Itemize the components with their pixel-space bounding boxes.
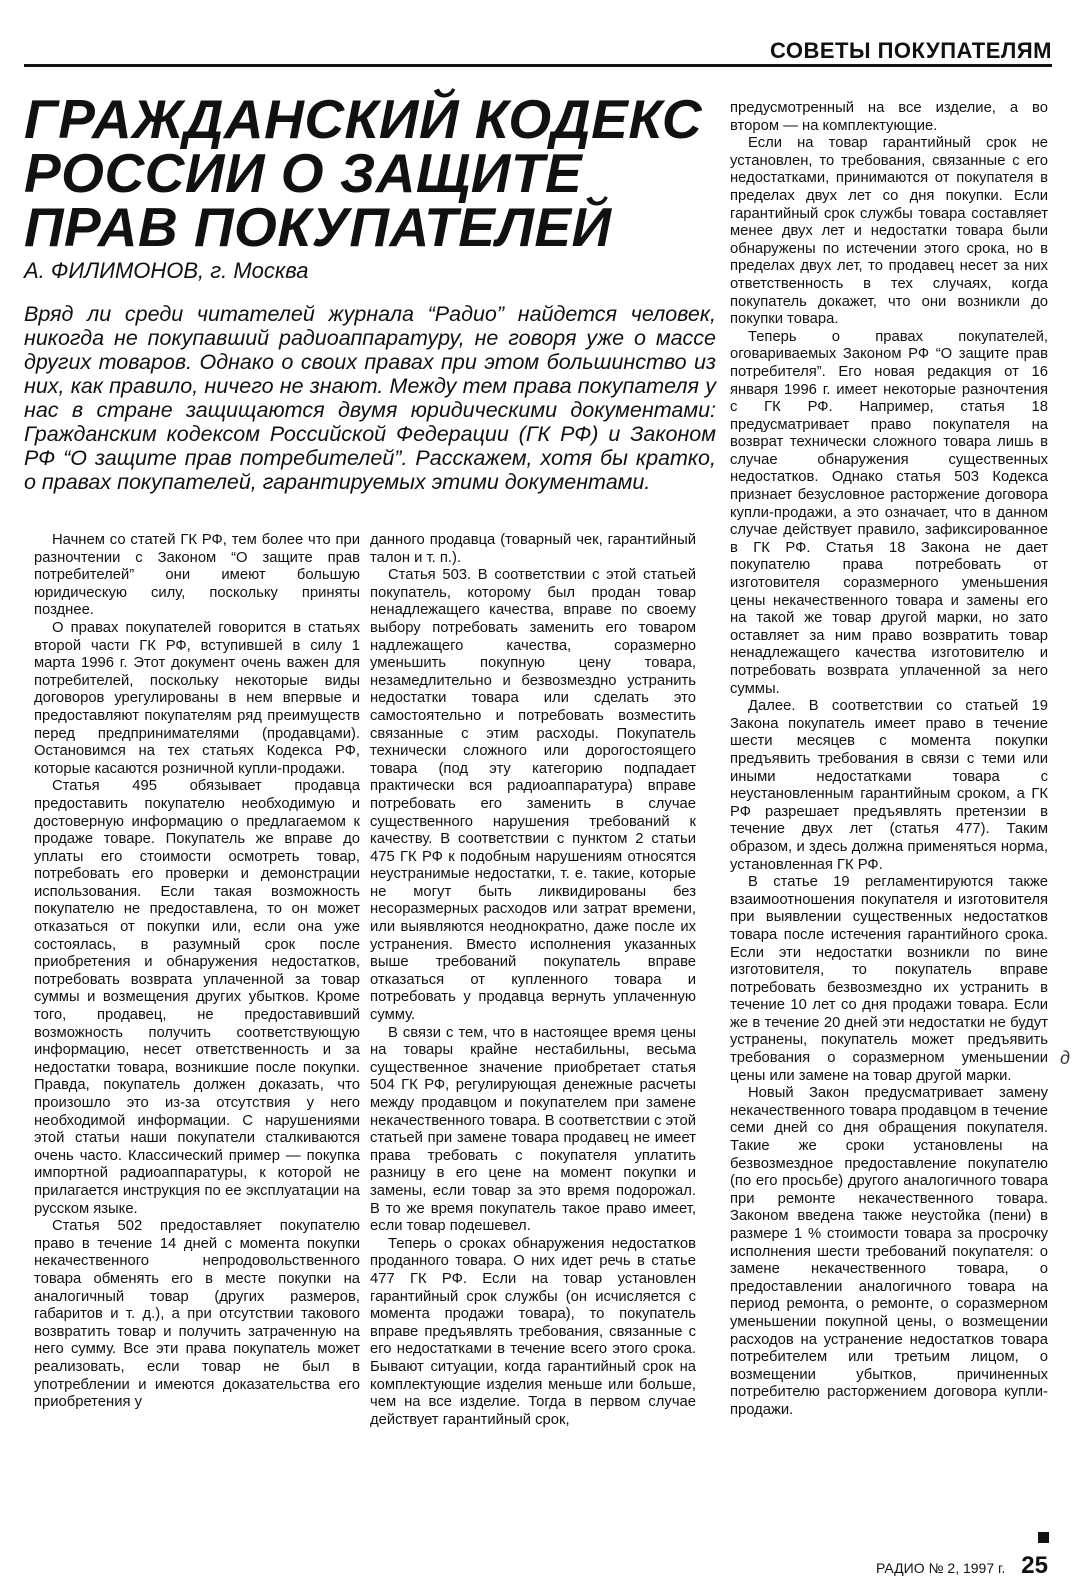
column-left: Начнем со статей ГК РФ, тем более что пр…: [34, 532, 360, 1412]
article-author: А. ФИЛИМОНОВ, г. Москва: [24, 258, 309, 284]
paragraph: Статья 495 обязывает продавца предостави…: [34, 778, 360, 1218]
header-rule: [24, 64, 1052, 67]
paragraph: Теперь о сроках обнаружения недостатков …: [370, 1236, 696, 1430]
column-right: предусмотренный на все изделие, а во вто…: [730, 100, 1048, 1420]
paragraph: Начнем со статей ГК РФ, тем более что пр…: [34, 532, 360, 620]
handwritten-margin-note: д: [1060, 1048, 1070, 1069]
column-middle: данного продавца (товарный чек, гарантий…: [370, 532, 696, 1429]
paragraph: В связи с тем, что в настоящее время цен…: [370, 1025, 696, 1236]
page-number: 25: [1021, 1552, 1048, 1580]
end-of-article-square-icon: [1038, 1532, 1049, 1543]
paragraph: Если на товар гарантийный срок не устано…: [730, 135, 1048, 329]
paragraph: данного продавца (товарный чек, гарантий…: [370, 532, 696, 567]
paragraph: Статья 503. В соответствии с этой статье…: [370, 567, 696, 1024]
paragraph: Теперь о правах покупателей, оговариваем…: [730, 329, 1048, 698]
paragraph: В статье 19 регламентируются также взаим…: [730, 874, 1048, 1085]
article-title: ГРАЖДАНСКИЙ КОДЕКС РОССИИ О ЗАЩИТЕ ПРАВ …: [24, 92, 704, 254]
paragraph: Статья 502 предоставляет покупателю прав…: [34, 1218, 360, 1412]
paragraph: предусмотренный на все изделие, а во вто…: [730, 100, 1048, 135]
article-lead: Вряд ли среди читателей журнала “Радио” …: [24, 302, 716, 494]
paragraph: Новый Закон предусматривает замену некач…: [730, 1085, 1048, 1419]
issue-label: РАДИО № 2, 1997 г.: [876, 1560, 1005, 1576]
page-footer: РАДИО № 2, 1997 г. 25: [876, 1552, 1048, 1580]
section-label: СОВЕТЫ ПОКУПАТЕЛЯМ: [770, 38, 1052, 64]
paragraph: О правах покупателей говорится в статьях…: [34, 620, 360, 778]
paragraph: Далее. В соответствии со статьей 19 Зако…: [730, 698, 1048, 874]
